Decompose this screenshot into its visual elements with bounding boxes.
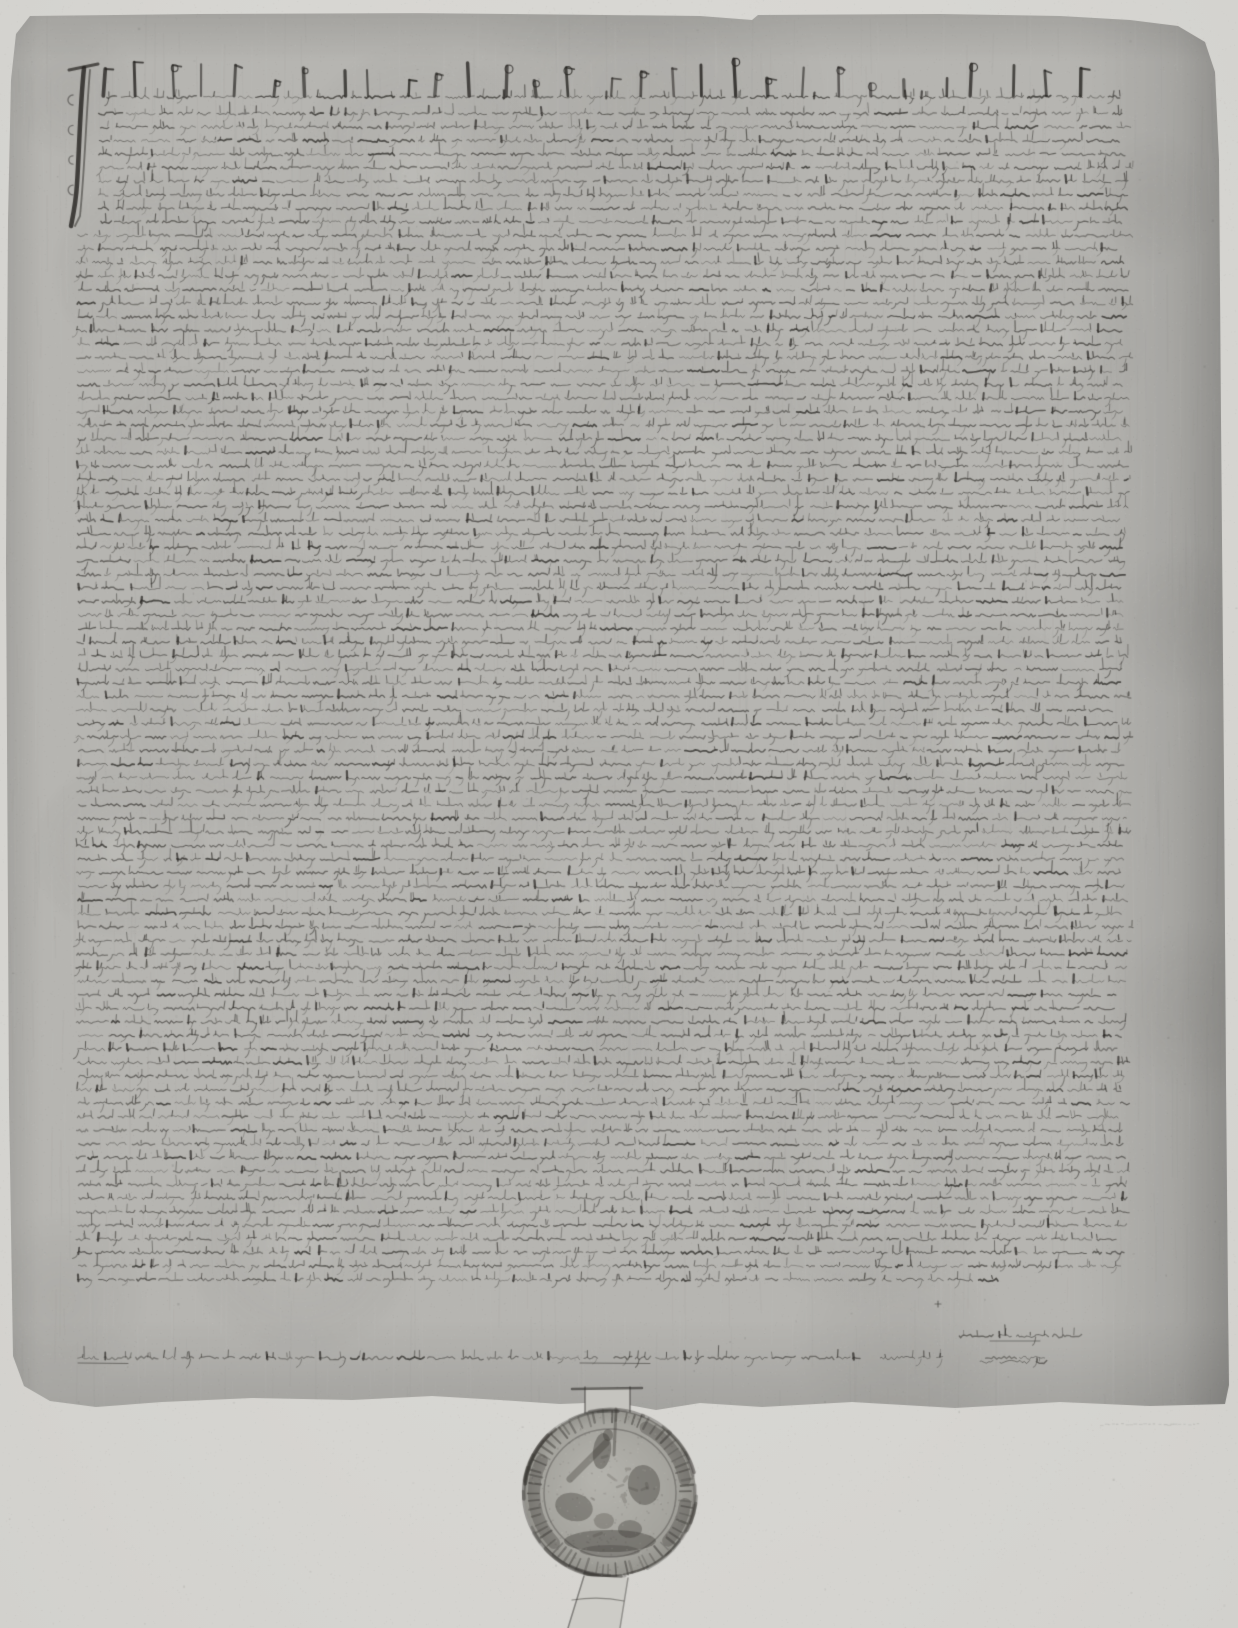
photograph-of-charter (0, 0, 1238, 1628)
manuscript-ink-layer (0, 0, 1238, 1628)
